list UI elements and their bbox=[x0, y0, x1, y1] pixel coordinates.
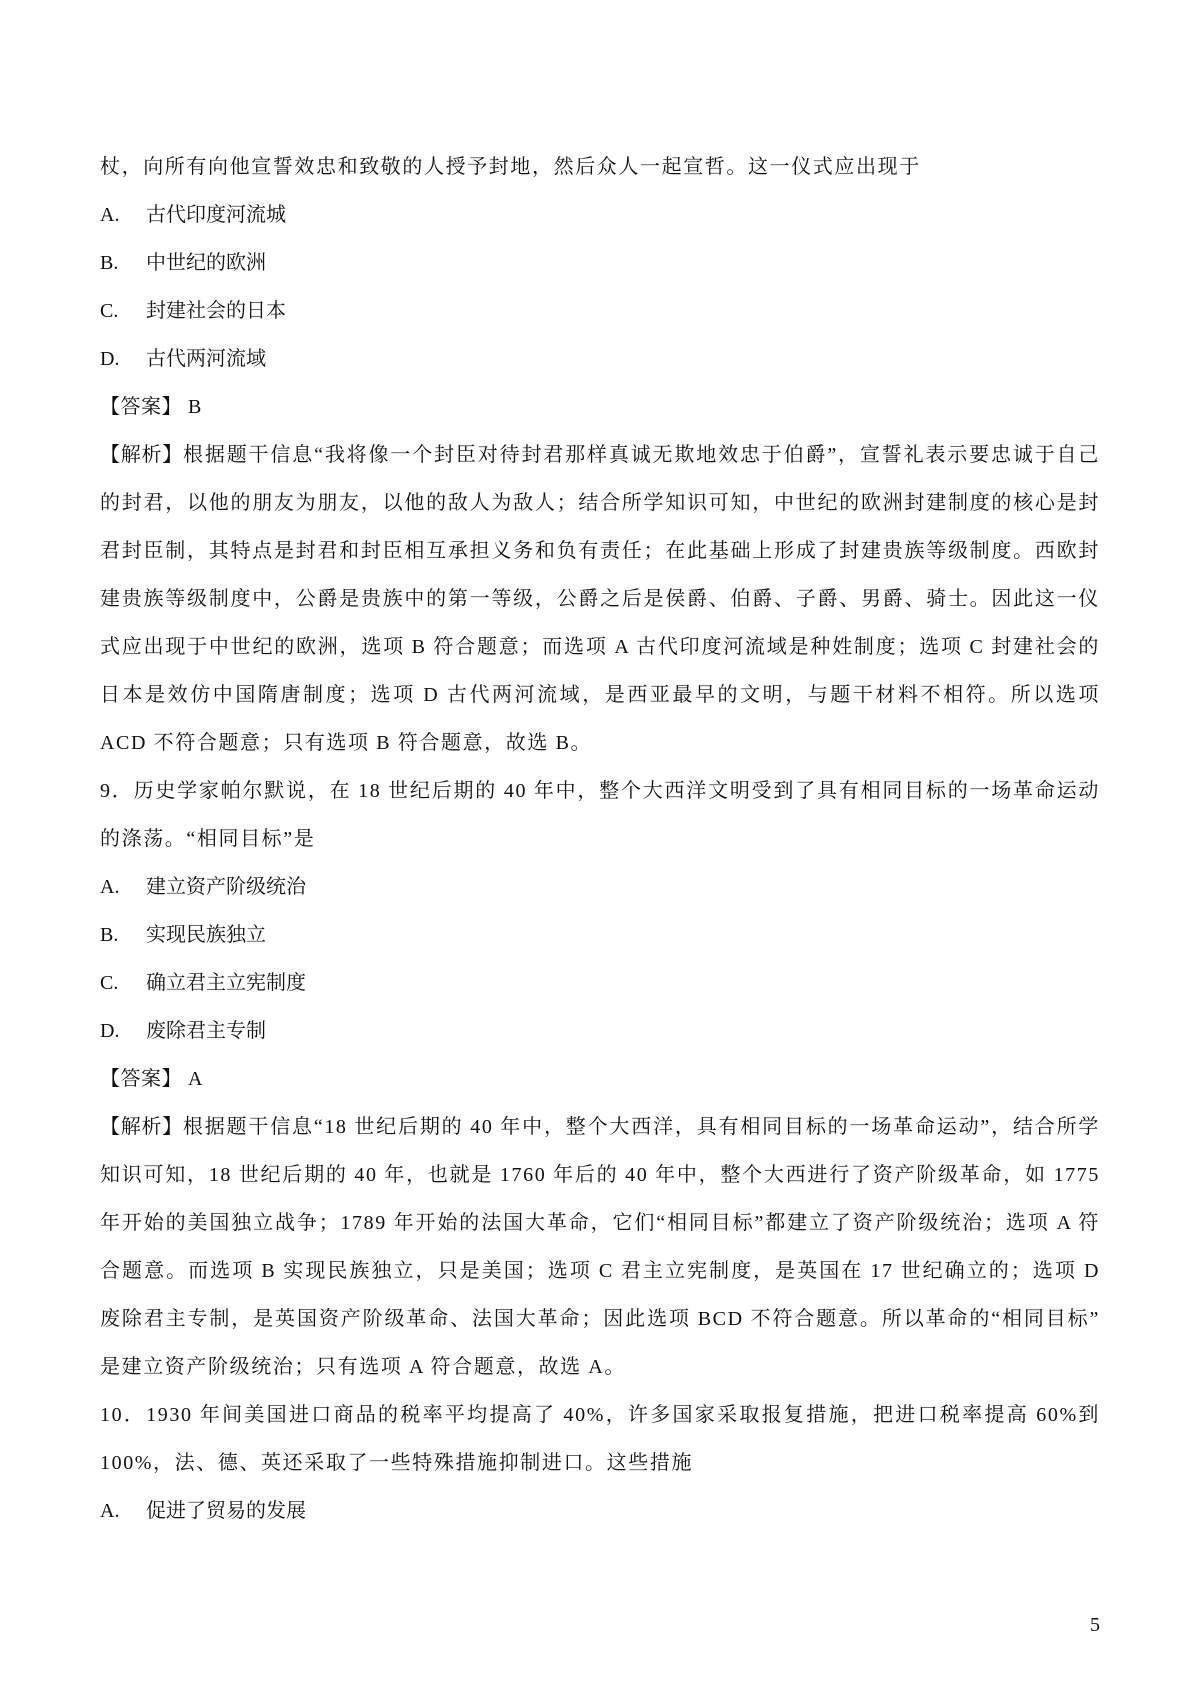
q9-analysis: 【解析】根据题干信息“18 世纪后期的 40 年中，整个大西洋，具有相同目标的一… bbox=[100, 1103, 1100, 1391]
option-letter: D. bbox=[100, 335, 146, 383]
answer-value: A bbox=[188, 1068, 202, 1090]
document-page: 杖，向所有向他宣誓效忠和致敬的人授予封地，然后众人一起宣哲。这一仪式应出现于 A… bbox=[0, 0, 1200, 1698]
option-text: 建立资产阶级统治 bbox=[146, 876, 306, 898]
q10-option-a: A.促进了贸易的发展 bbox=[100, 1487, 1100, 1535]
q8-option-b: B.中世纪的欧洲 bbox=[100, 239, 1100, 287]
option-text: 古代印度河流城 bbox=[146, 204, 286, 226]
option-text: 促进了贸易的发展 bbox=[146, 1500, 306, 1522]
answer-marker: 【答案】 bbox=[100, 1068, 182, 1090]
q8-option-d: D.古代两河流域 bbox=[100, 335, 1100, 383]
q9-option-a: A.建立资产阶级统治 bbox=[100, 863, 1100, 911]
option-text: 古代两河流域 bbox=[146, 348, 266, 370]
option-letter: A. bbox=[100, 1487, 146, 1535]
q8-answer-line: 【答案】B bbox=[100, 383, 1100, 431]
q9-option-b: B.实现民族独立 bbox=[100, 911, 1100, 959]
option-letter: B. bbox=[100, 911, 146, 959]
option-letter: A. bbox=[100, 863, 146, 911]
option-letter: A. bbox=[100, 191, 146, 239]
option-letter: D. bbox=[100, 1007, 146, 1055]
analysis-text: 根据题干信息“我将像一个封臣对待封君那样真诚无欺地效忠于伯爵”，宣誓礼表示要忠诚… bbox=[100, 444, 1100, 754]
q8-option-a: A.古代印度河流城 bbox=[100, 191, 1100, 239]
q9-option-c: C.确立君主立宪制度 bbox=[100, 959, 1100, 1007]
analysis-marker: 【解析】 bbox=[100, 1116, 183, 1138]
q9-stem: 9．历史学家帕尔默说，在 18 世纪后期的 40 年中，整个大西洋文明受到了具有… bbox=[100, 767, 1100, 863]
option-text: 确立君主立宪制度 bbox=[146, 972, 306, 994]
analysis-marker: 【解析】 bbox=[100, 444, 183, 466]
q9-option-d: D.废除君主专制 bbox=[100, 1007, 1100, 1055]
option-text: 中世纪的欧洲 bbox=[146, 252, 266, 274]
option-text: 封建社会的日本 bbox=[146, 300, 286, 322]
analysis-text: 根据题干信息“18 世纪后期的 40 年中，整个大西洋，具有相同目标的一场革命运… bbox=[100, 1116, 1100, 1378]
q8-stem-continuation: 杖，向所有向他宣誓效忠和致敬的人授予封地，然后众人一起宣哲。这一仪式应出现于 bbox=[100, 143, 1100, 191]
q10-stem: 10．1930 年间美国进口商品的税率平均提高了 40%，许多国家采取报复措施，… bbox=[100, 1391, 1100, 1487]
q9-answer-line: 【答案】A bbox=[100, 1055, 1100, 1103]
option-letter: C. bbox=[100, 959, 146, 1007]
option-letter: C. bbox=[100, 287, 146, 335]
option-letter: B. bbox=[100, 239, 146, 287]
option-text: 实现民族独立 bbox=[146, 924, 266, 946]
page-number: 5 bbox=[1090, 1601, 1100, 1649]
answer-marker: 【答案】 bbox=[100, 396, 182, 418]
answer-value: B bbox=[188, 396, 201, 418]
q8-option-c: C.封建社会的日本 bbox=[100, 287, 1100, 335]
option-text: 废除君主专制 bbox=[146, 1020, 266, 1042]
q8-analysis: 【解析】根据题干信息“我将像一个封臣对待封君那样真诚无欺地效忠于伯爵”，宣誓礼表… bbox=[100, 431, 1100, 767]
